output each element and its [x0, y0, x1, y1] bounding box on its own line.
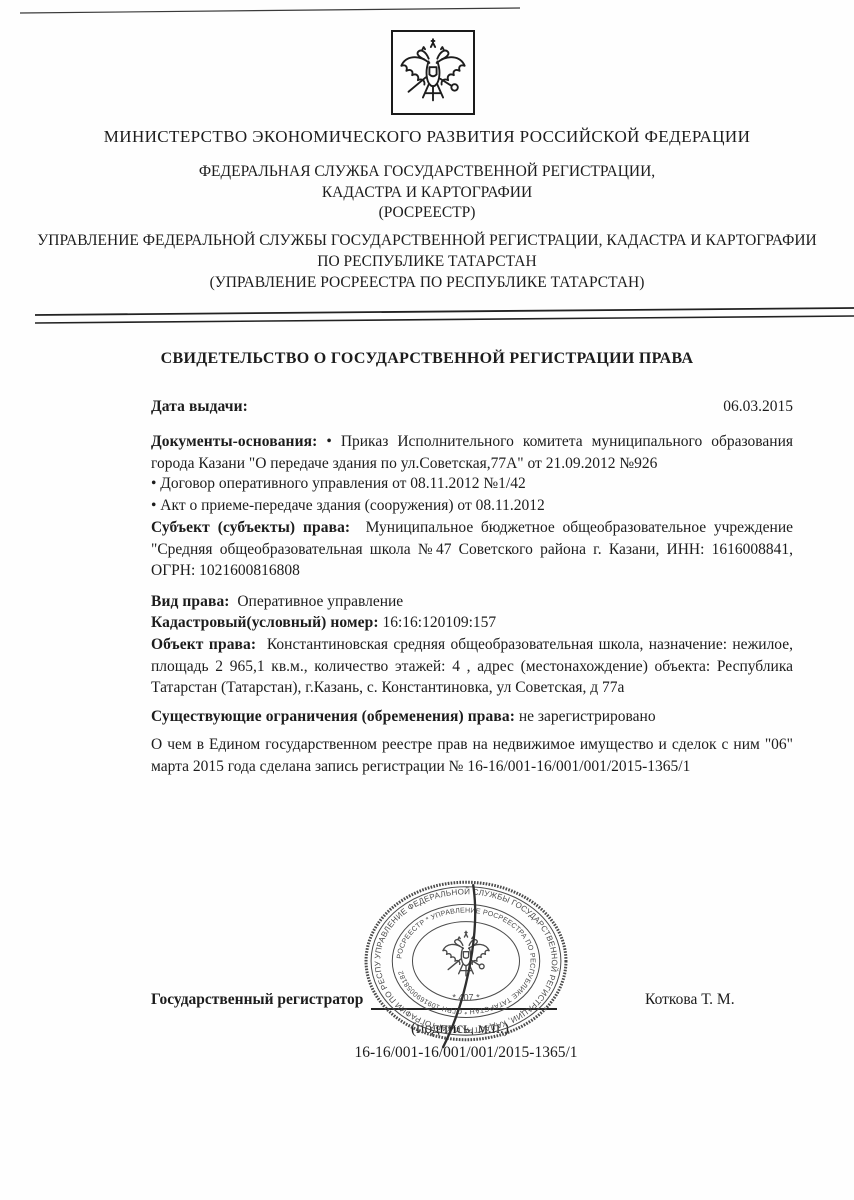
federal-service-line3: (РОСРЕЕСТР) — [0, 203, 854, 224]
issue-date-row: Дата выдачи: 06.03.2015 — [151, 396, 799, 418]
russian-coat-of-arms-icon — [391, 30, 475, 115]
object-paragraph: Объект права: Константиновская средняя о… — [151, 634, 793, 699]
documents-basis-item3: • Акт о приеме-передаче здания (сооружен… — [151, 495, 793, 517]
restrictions-row: Существующие ограничения (обременения) п… — [151, 706, 793, 728]
issue-date-label: Дата выдачи: — [151, 396, 248, 418]
scan-artifact-line — [0, 0, 854, 20]
object-label: Объект права: — [151, 636, 256, 653]
issue-date-value: 06.03.2015 — [723, 396, 793, 418]
registrar-name: Коткова Т. М. — [645, 991, 735, 1009]
right-type-value: Оперативное управление — [237, 593, 403, 610]
seal-center-number: * 407 * — [452, 992, 480, 1002]
restrictions-label: Существующие ограничения (обременения) п… — [151, 708, 515, 725]
regional-office-line3: (УПРАВЛЕНИЕ РОСРЕЕСТРА ПО РЕСПУБЛИКЕ ТАТ… — [0, 272, 854, 293]
regional-office-line2: ПО РЕСПУБЛИКЕ ТАТАРСТАН — [0, 251, 854, 272]
right-type-row: Вид права: Оперативное управление — [151, 591, 793, 613]
ministry-name: МИНИСТЕРСТВО ЭКОНОМИЧЕСКОГО РАЗВИТИЯ РОС… — [0, 127, 854, 147]
regional-office-line1: УПРАВЛЕНИЕ ФЕДЕРАЛЬНОЙ СЛУЖБЫ ГОСУДАРСТВ… — [0, 230, 854, 251]
documents-basis-label: Документы-основания: — [151, 433, 317, 450]
subject-paragraph: Субъект (субъекты) права: Муниципальное … — [151, 517, 793, 582]
divider-double-rule — [0, 306, 854, 328]
registry-record-paragraph: О чем в Едином государственном реестре п… — [151, 734, 793, 777]
right-type-label: Вид права: — [151, 593, 230, 610]
page-title: СВИДЕТЕЛЬСТВО О ГОСУДАРСТВЕННОЙ РЕГИСТРА… — [0, 350, 854, 368]
round-official-seal-icon: УПРАВЛЕНИЕ ФЕДЕРАЛЬНОЙ СЛУЖБЫ ГОСУДАРСТВ… — [362, 878, 570, 1050]
cadastral-number-label: Кадастровый(условный) номер: — [151, 614, 379, 631]
registrar-label: Государственный регистратор — [151, 991, 363, 1009]
documents-basis-item2: • Договор оперативного управления от 08.… — [151, 473, 793, 495]
restrictions-value: не зарегистрировано — [519, 708, 656, 725]
federal-service-line1: ФЕДЕРАЛЬНАЯ СЛУЖБА ГОСУДАРСТВЕННОЙ РЕГИС… — [0, 162, 854, 183]
certificate-document: МИНИСТЕРСТВО ЭКОНОМИЧЕСКОГО РАЗВИТИЯ РОС… — [0, 0, 854, 1200]
subject-label: Субъект (субъекты) права: — [151, 519, 350, 536]
documents-basis-paragraph: Документы-основания: • Приказ Исполнител… — [151, 431, 793, 474]
federal-service-name: ФЕДЕРАЛЬНАЯ СЛУЖБА ГОСУДАРСТВЕННОЙ РЕГИС… — [0, 162, 854, 224]
regional-office-name: УПРАВЛЕНИЕ ФЕДЕРАЛЬНОЙ СЛУЖБЫ ГОСУДАРСТВ… — [0, 230, 854, 293]
cadastral-number-value: 16:16:120109:157 — [382, 614, 496, 631]
federal-service-line2: КАДАСТРА И КАРТОГРАФИИ — [0, 183, 854, 204]
cadastral-number-row: Кадастровый(условный) номер: 16:16:12010… — [151, 612, 793, 634]
